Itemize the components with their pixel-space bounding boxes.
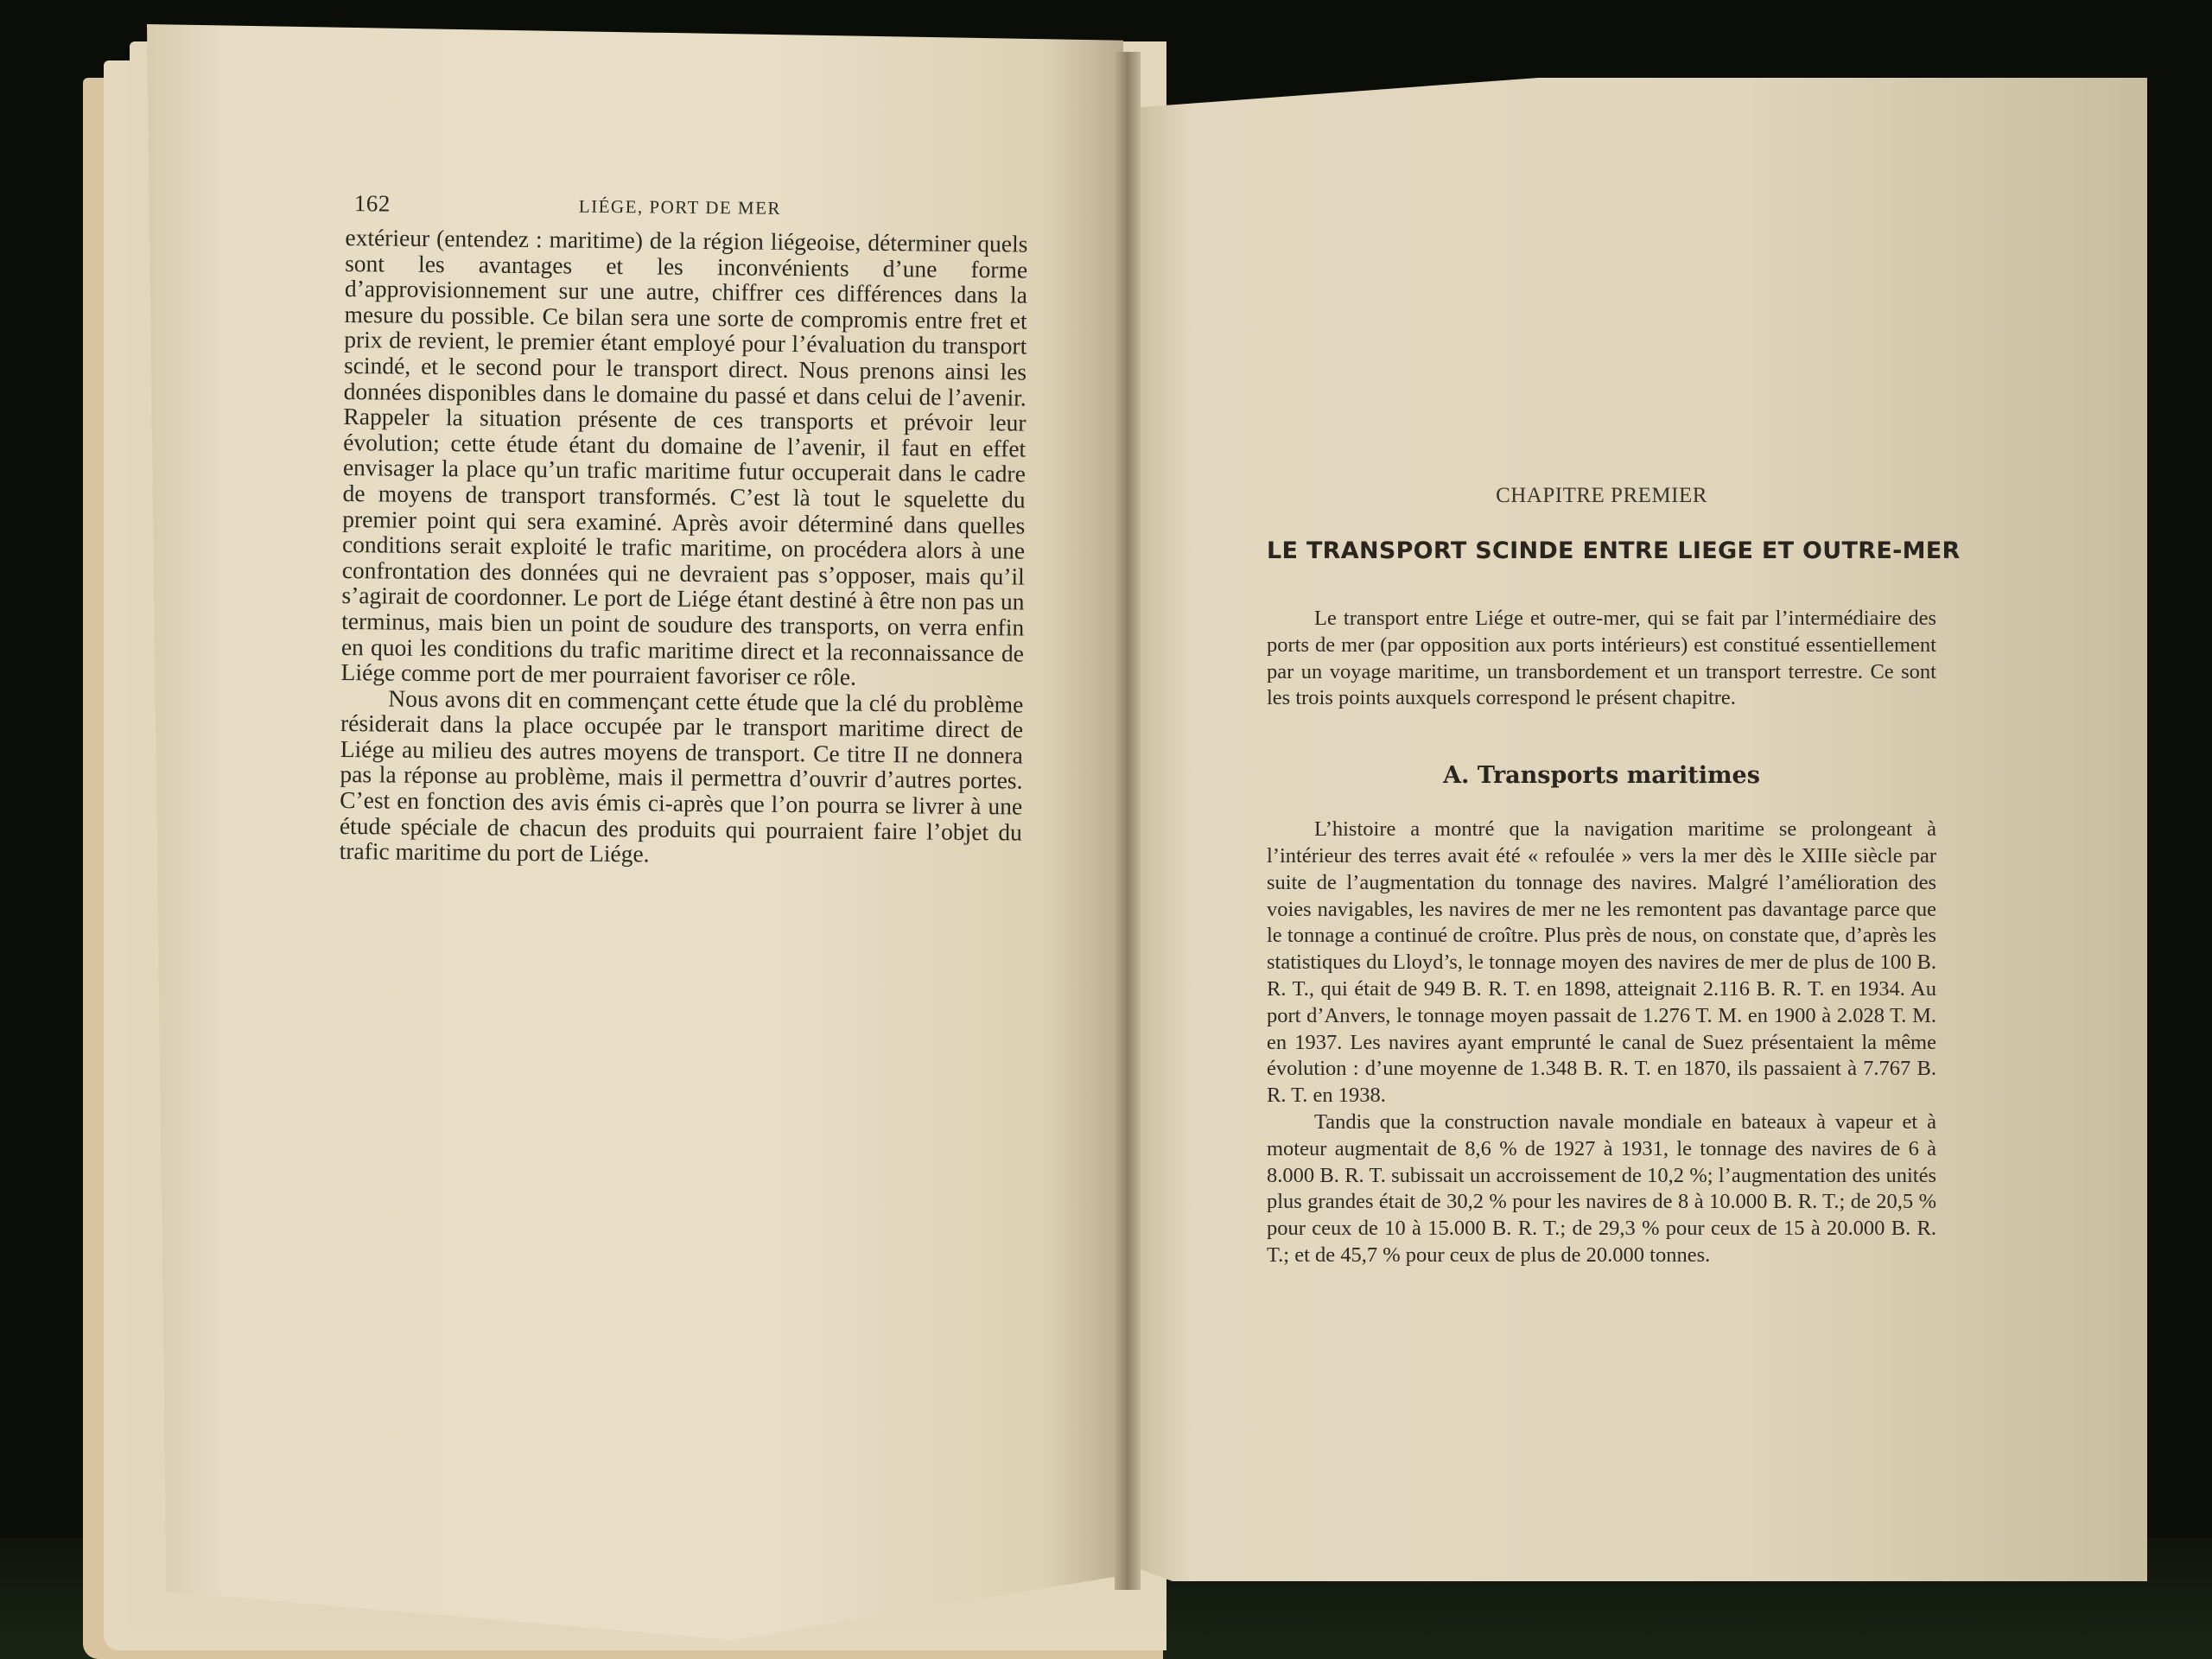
intro-paragraph: Le transport entre Liége et outre-mer, q…	[1267, 606, 1936, 712]
body-paragraph: Tandis que la construction navale mondia…	[1267, 1109, 1936, 1269]
body-paragraph: Nous avons dit en commençant cette étude…	[340, 685, 1024, 871]
page-number: 162	[354, 190, 391, 217]
section-title: A. Transports maritimes	[1267, 762, 1936, 789]
right-page-text: CHAPITRE PREMIER LE TRANSPORT SCINDE ENT…	[1267, 484, 1936, 1269]
body-paragraph: L’histoire a montré que la navigation ma…	[1267, 817, 1936, 1109]
running-head-title: LIÉGE, PORT DE MER	[579, 196, 781, 219]
book-gutter	[1115, 52, 1141, 1590]
chapter-title: LE TRANSPORT SCINDE ENTRE LIEGE ET OUTRE…	[1267, 537, 1936, 564]
running-head: 162 LIÉGE, PORT DE MER	[346, 190, 1028, 232]
left-page-text: 162 LIÉGE, PORT DE MER extérieur (entend…	[340, 190, 1028, 870]
body-paragraph: extérieur (entendez : maritime) de la ré…	[341, 225, 1028, 691]
chapter-label: CHAPITRE PREMIER	[1267, 484, 1936, 508]
